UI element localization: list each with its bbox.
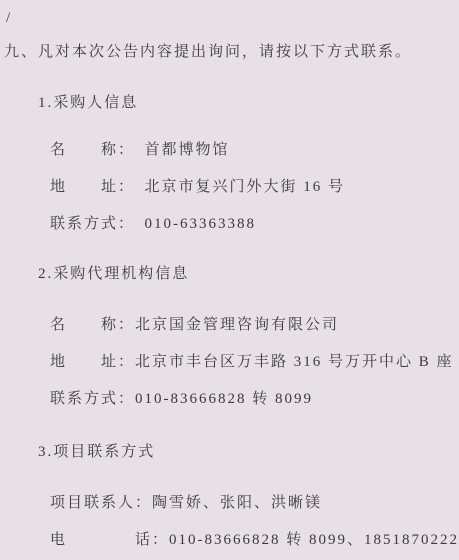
- row-value: 北京市复兴门外大街 16 号: [145, 179, 346, 195]
- row-label: 项目联系人：: [50, 495, 152, 511]
- section-project-contact: 项目联系人：陶雪娇、张阳、洪晰镁 电 话：010-83666828 转 8099…: [50, 493, 459, 550]
- row-label: 名 称：: [50, 142, 145, 158]
- section-heading-project-contact: 3.项目联系方式: [38, 442, 459, 462]
- row-value: 010-63363388: [145, 216, 257, 232]
- slash-mark: /: [6, 8, 459, 28]
- row-label: 电 话：: [50, 532, 169, 548]
- row-label: 地 址：: [50, 179, 145, 195]
- row-value: 首都博物馆: [145, 142, 230, 158]
- row-label: 地 址：: [50, 354, 135, 370]
- row-value: 010-83666828 转 8099: [135, 391, 313, 407]
- info-row-name: 名 称： 首都博物馆: [50, 140, 459, 160]
- section-purchaser: 名 称： 首都博物馆 地 址： 北京市复兴门外大街 16 号 联系方式： 010…: [50, 140, 459, 234]
- section-heading-purchaser: 1.采购人信息: [38, 93, 459, 113]
- row-label: 名 称：: [50, 317, 135, 333]
- info-row-name: 名 称：北京国金管理咨询有限公司: [50, 315, 459, 335]
- info-row-phone: 电 话：010-83666828 转 8099、18518702228: [50, 530, 459, 550]
- row-value: 010-83666828 转 8099、18518702228: [169, 532, 459, 548]
- info-row-contact-person: 项目联系人：陶雪娇、张阳、洪晰镁: [50, 493, 459, 513]
- info-row-address: 地 址：北京市丰台区万丰路 316 号万开中心 B 座 6 层: [50, 352, 459, 372]
- info-row-contact: 联系方式： 010-63363388: [50, 214, 459, 234]
- document-page: / 九、凡对本次公告内容提出询问，请按以下方式联系。 1.采购人信息 名 称： …: [0, 8, 459, 560]
- row-value: 北京市丰台区万丰路 316 号万开中心 B 座 6 层: [135, 354, 459, 370]
- info-row-contact: 联系方式：010-83666828 转 8099: [50, 389, 459, 409]
- intro-text: 九、凡对本次公告内容提出询问，请按以下方式联系。: [4, 42, 459, 62]
- info-row-address: 地 址： 北京市复兴门外大街 16 号: [50, 177, 459, 197]
- row-label: 联系方式：: [50, 216, 145, 232]
- section-agency: 名 称：北京国金管理咨询有限公司 地 址：北京市丰台区万丰路 316 号万开中心…: [50, 315, 459, 409]
- row-label: 联系方式：: [50, 391, 135, 407]
- section-heading-agency: 2.采购代理机构信息: [38, 264, 459, 284]
- row-value: 陶雪娇、张阳、洪晰镁: [152, 495, 322, 511]
- row-value: 北京国金管理咨询有限公司: [135, 317, 339, 333]
